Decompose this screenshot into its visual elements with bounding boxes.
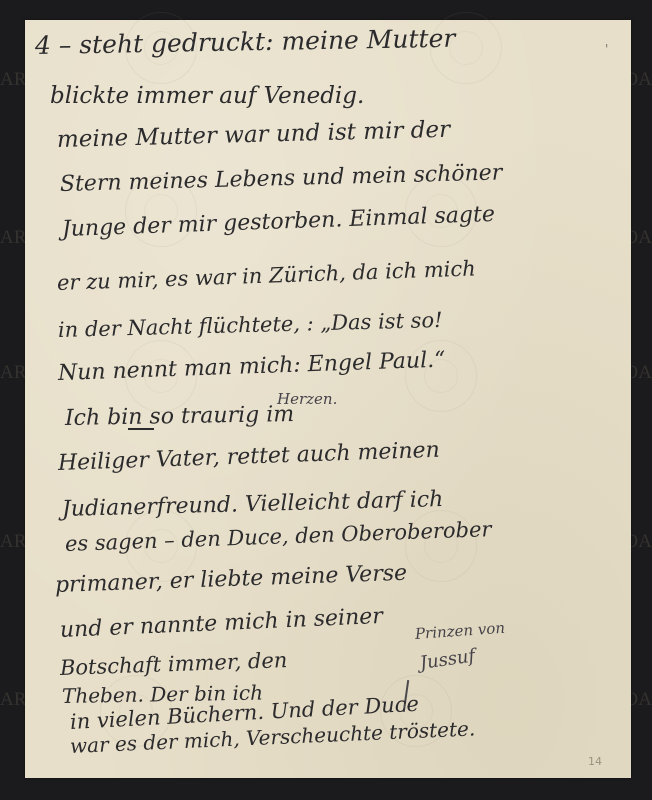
text-line: Stern meines Lebens und mein schöner [60, 159, 503, 199]
folio-number: 14 [588, 755, 602, 768]
text-line: Botschaft immer, den [60, 646, 288, 682]
text-line: blickte immer auf Venedig. [50, 82, 364, 110]
document-viewer: ARCHIVIO APOSTOLICO VATICANOARCHIVIO APO… [0, 0, 652, 800]
text-line: Nun nennt man mich: Engel Paul.“ [58, 346, 446, 388]
interlinear-insert: Prinzen von [414, 614, 506, 648]
underline-mark [128, 428, 154, 430]
text-line: und er nannte mich in seiner [59, 603, 383, 645]
handwritten-text: 4 – steht gedruckt: meine Mutter blickte… [25, 20, 631, 778]
text-line: in der Nacht flüchtete, : „Das ist so! [58, 306, 443, 344]
interlinear-insert: Herzen. [277, 385, 337, 413]
text-line: er zu mir, es war in Zürich, da ich mich [57, 254, 477, 297]
text-line: Heiliger Vater, rettet auch meinen [58, 437, 441, 478]
text-line: Junge der mir gestorben. Einmal sagte [62, 201, 496, 244]
text-line: primaner, er liebte meine Verse [55, 560, 408, 600]
letter-page: 4 – steht gedruckt: meine Mutter blickte… [25, 20, 631, 778]
margin-mark: ' [605, 42, 608, 56]
text-line: 4 – steht gedruckt: meine Mutter [35, 25, 456, 60]
text-line: Ich bin so traurig im [65, 401, 295, 433]
interlinear-insert: Jussuf [418, 642, 477, 677]
text-line: meine Mutter war und ist mir der [57, 116, 451, 154]
